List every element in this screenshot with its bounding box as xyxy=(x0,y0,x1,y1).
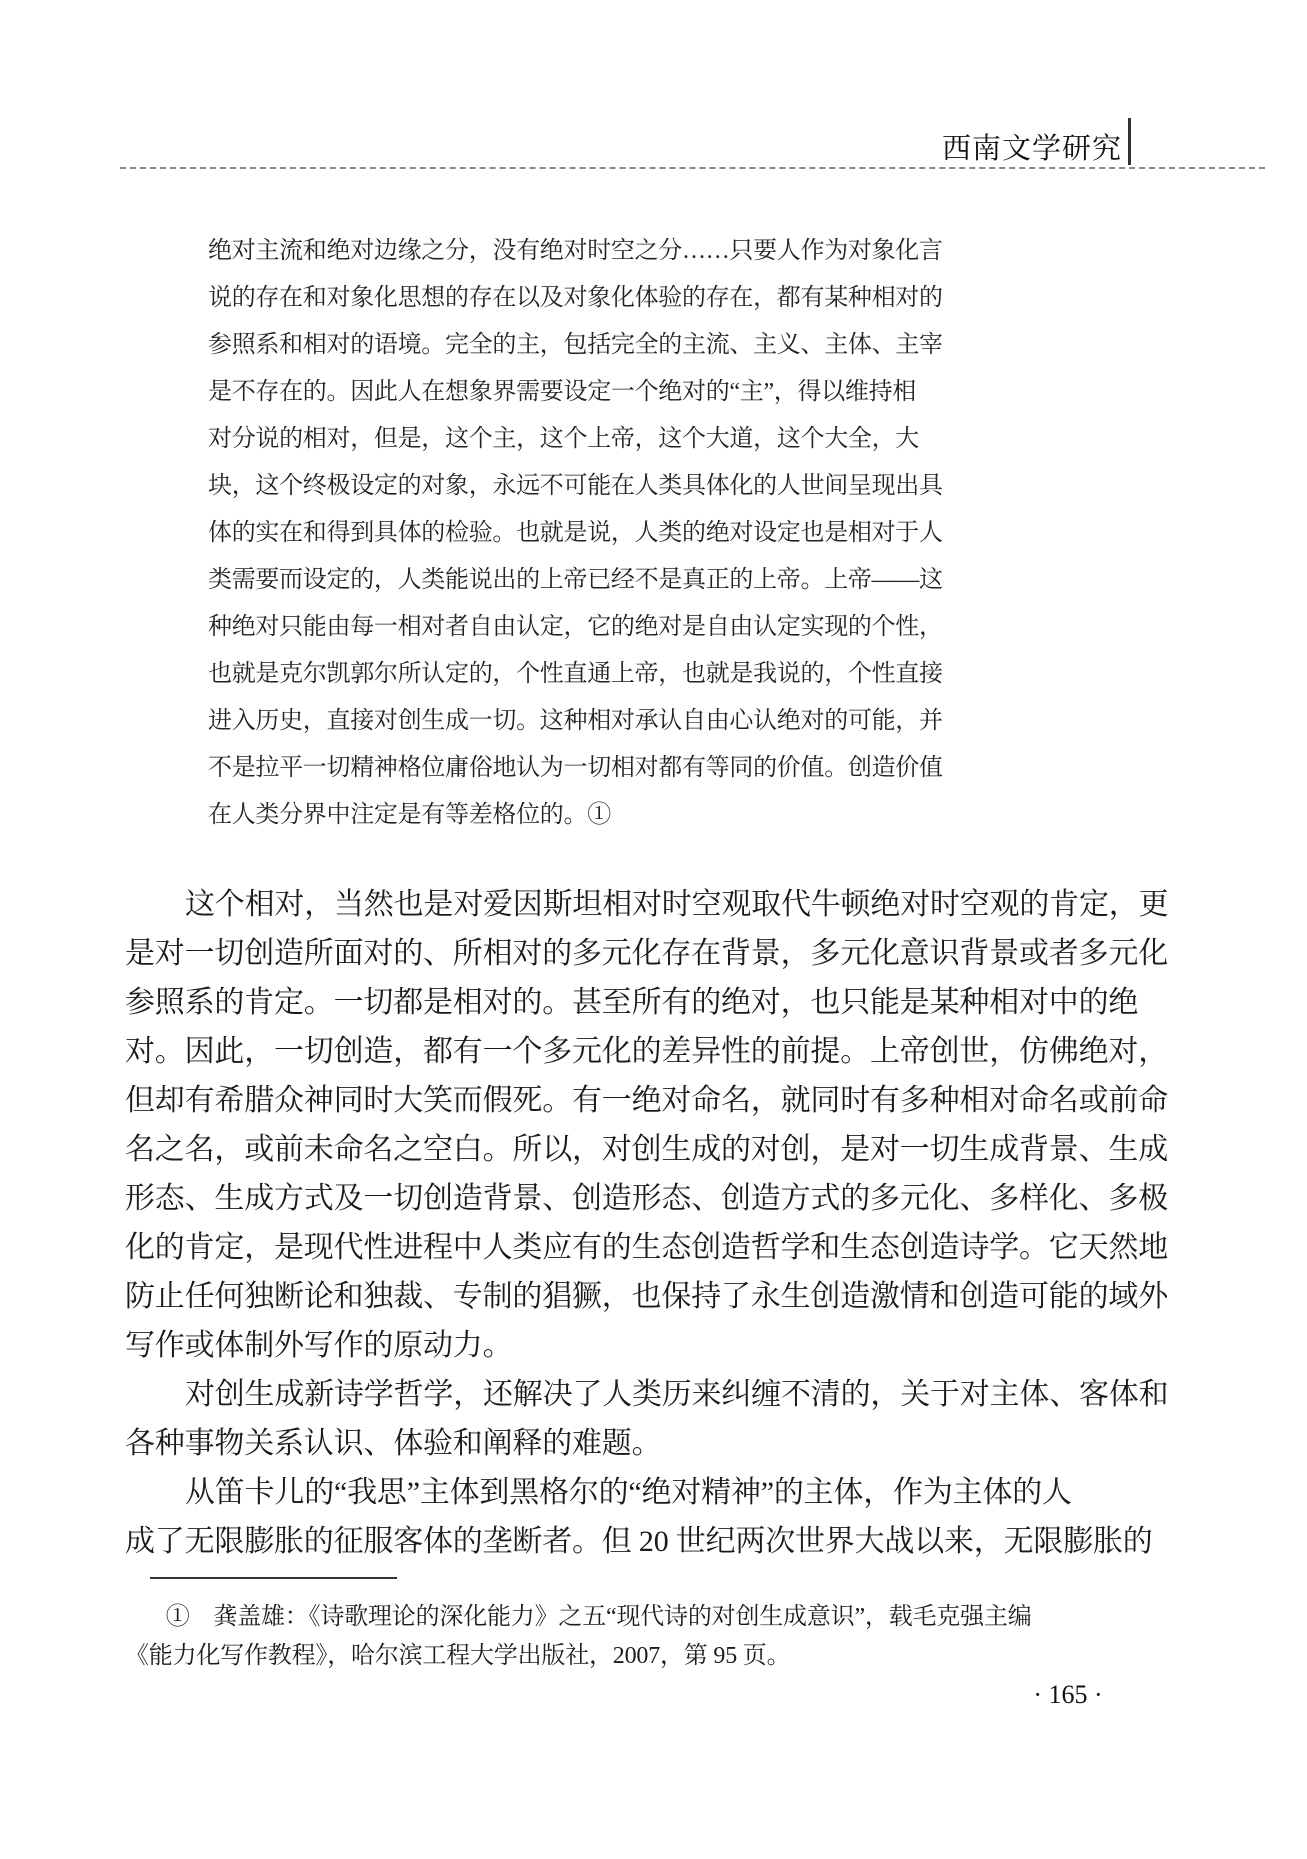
body-line: 各种事物关系认识、体验和阐释的难题。 xyxy=(125,1419,1187,1468)
paragraph: 对创生成新诗学哲学，还解决了人类历来纠缠不清的，关于对主体、客体和各种事物关系认… xyxy=(125,1370,1187,1468)
body-line: 名之名，或前未命名之空白。所以，对创生成的对创，是对一切生成背景、生成 xyxy=(125,1125,1187,1174)
body-line: 这个相对，当然也是对爱因斯坦相对时空观取代牛顿绝对时空观的肯定，更 xyxy=(125,880,1187,929)
book-page: 西南文学研究 绝对主流和绝对边缘之分，没有绝对时空之分……只要人作为对象化言说的… xyxy=(0,0,1307,1859)
quote-block: 绝对主流和绝对边缘之分，没有绝对时空之分……只要人作为对象化言说的存在和对象化思… xyxy=(208,228,968,839)
body-line: 防止任何独断论和独裁、专制的猖獗，也保持了永生创造激情和创造可能的域外 xyxy=(125,1272,1187,1321)
quote-line: 参照系和相对的语境。完全的主，包括完全的主流、主义、主体、主宰 xyxy=(208,322,968,369)
quote-line: 体的实在和得到具体的检验。也就是说，人类的绝对设定也是相对于人 xyxy=(208,510,968,557)
footnote-separator xyxy=(150,1577,397,1579)
body-line: 写作或体制外写作的原动力。 xyxy=(125,1321,1187,1370)
body-text: 这个相对，当然也是对爱因斯坦相对时空观取代牛顿绝对时空观的肯定，更是对一切创造所… xyxy=(125,880,1187,1566)
body-line: 参照系的肯定。一切都是相对的。甚至所有的绝对，也只能是某种相对中的绝 xyxy=(125,978,1187,1027)
quote-line: 说的存在和对象化思想的存在以及对象化体验的存在，都有某种相对的 xyxy=(208,275,968,322)
quote-line: 进入历史，直接对创生成一切。这种相对承认自由心认绝对的可能，并 xyxy=(208,698,968,745)
quote-line: 绝对主流和绝对边缘之分，没有绝对时空之分……只要人作为对象化言 xyxy=(208,228,968,275)
quote-line: 是不存在的。因此人在想象界需要设定一个绝对的“主”，得以维持相 xyxy=(208,369,968,416)
quote-line: 类需要而设定的，人类能说出的上帝已经不是真正的上帝。上帝——这 xyxy=(208,557,968,604)
quote-line: 不是拉平一切精神格位庸俗地认为一切相对都有等同的价值。创造价值 xyxy=(208,745,968,792)
journal-header-title: 西南文学研究 xyxy=(942,126,1122,167)
body-line: 成了无限膨胀的征服客体的垄断者。但 20 世纪两次世界大战以来，无限膨胀的 xyxy=(125,1517,1187,1566)
body-line: 形态、生成方式及一切创造背景、创造形态、创造方式的多元化、多样化、多极 xyxy=(125,1174,1187,1223)
header-divider-bar xyxy=(1128,118,1131,165)
body-line: 化的肯定，是现代性进程中人类应有的生态创造哲学和生态创造诗学。它天然地 xyxy=(125,1223,1187,1272)
footnote: ① 龚盖雄：《诗歌理论的深化能力》之五“现代诗的对创生成意识”，载毛克强主编《能… xyxy=(125,1598,1187,1676)
quote-line: 对分说的相对，但是，这个主，这个上帝，这个大道，这个大全，大 xyxy=(208,416,968,463)
paragraph: 这个相对，当然也是对爱因斯坦相对时空观取代牛顿绝对时空观的肯定，更是对一切创造所… xyxy=(125,880,1187,1370)
body-line: 对创生成新诗学哲学，还解决了人类历来纠缠不清的，关于对主体、客体和 xyxy=(125,1370,1187,1419)
body-line: 从笛卡儿的“我思”主体到黑格尔的“绝对精神”的主体，作为主体的人 xyxy=(125,1468,1187,1517)
body-line: 但却有希腊众神同时大笑而假死。有一绝对命名，就同时有多种相对命名或前命 xyxy=(125,1076,1187,1125)
quote-line: 也就是克尔凯郭尔所认定的，个性直通上帝，也就是我说的，个性直接 xyxy=(208,651,968,698)
footnote-line: 《能力化写作教程》，哈尔滨工程大学出版社，2007，第 95 页。 xyxy=(125,1637,1187,1676)
page-number: · 165 · xyxy=(1018,1680,1118,1710)
header-dashed-rule xyxy=(120,167,1265,169)
body-line: 是对一切创造所面对的、所相对的多元化存在背景，多元化意识背景或者多元化 xyxy=(125,929,1187,978)
footnote-line: ① 龚盖雄：《诗歌理论的深化能力》之五“现代诗的对创生成意识”，载毛克强主编 xyxy=(125,1598,1187,1637)
body-line: 对。因此，一切创造，都有一个多元化的差异性的前提。上帝创世，仿佛绝对， xyxy=(125,1027,1187,1076)
paragraph: 从笛卡儿的“我思”主体到黑格尔的“绝对精神”的主体，作为主体的人成了无限膨胀的征… xyxy=(125,1468,1187,1566)
quote-line: 块，这个终极设定的对象，永远不可能在人类具体化的人世间呈现出具 xyxy=(208,463,968,510)
quote-line: 在人类分界中注定是有等差格位的。① xyxy=(208,792,968,839)
quote-line: 种绝对只能由每一相对者自由认定，它的绝对是自由认定实现的个性， xyxy=(208,604,968,651)
